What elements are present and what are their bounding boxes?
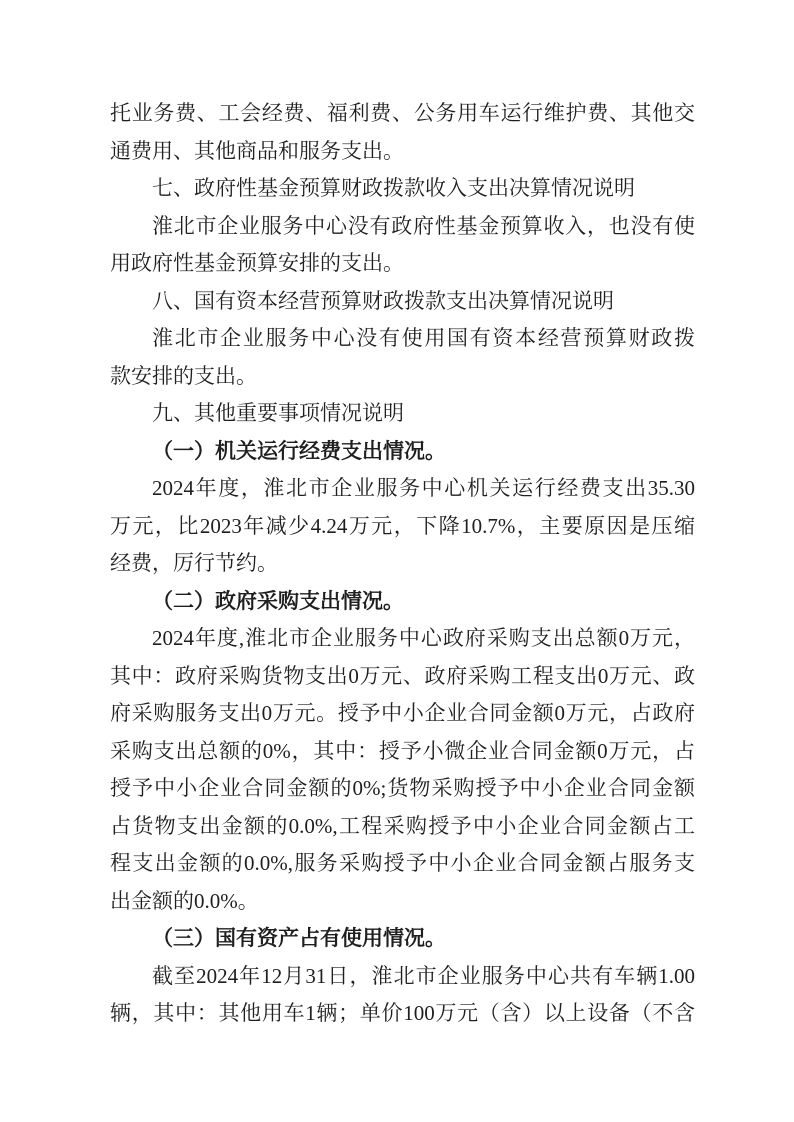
body-line: 淮北市企业服务中心没有使用国有资本经营预算财政拨 xyxy=(110,320,695,358)
body-line: 通费用、其他商品和服务支出。 xyxy=(110,133,695,171)
section-heading-7: 七、政府性基金预算财政拨款收入支出决算情况说明 xyxy=(110,170,695,208)
body-line: 经费，厉行节约。 xyxy=(110,545,695,583)
section-heading-9: 九、其他重要事项情况说明 xyxy=(110,395,695,433)
body-line: 其中：政府采购货物支出0万元、政府采购工程支出0万元、政 xyxy=(110,658,695,696)
subsection-heading-1: （一）机关运行经费支出情况。 xyxy=(110,433,695,471)
body-line: 截至2024年12月31日，淮北市企业服务中心共有车辆1.00 xyxy=(110,958,695,996)
body-line: 出金额的0.0%。 xyxy=(110,883,695,921)
body-line: 采购支出总额的0%，其中：授予小微企业合同金额0万元，占 xyxy=(110,733,695,771)
body-line: 辆，其中：其他用车1辆；单价100万元（含）以上设备（不含 xyxy=(110,995,695,1033)
body-line: 万元，比2023年减少4.24万元，下降10.7%，主要原因是压缩 xyxy=(110,508,695,546)
subsection-heading-2: （二）政府采购支出情况。 xyxy=(110,583,695,621)
document-page: 托业务费、工会经费、福利费、公务用车运行维护费、其他交 通费用、其他商品和服务支… xyxy=(0,0,794,1122)
subsection-heading-3: （三）国有资产占有使用情况。 xyxy=(110,920,695,958)
body-line: 府采购服务支出0万元。授予中小企业合同金额0万元，占政府 xyxy=(110,695,695,733)
body-line: 款安排的支出。 xyxy=(110,358,695,396)
body-line: 用政府性基金预算安排的支出。 xyxy=(110,245,695,283)
section-heading-8: 八、国有资本经营预算财政拨款支出决算情况说明 xyxy=(110,283,695,321)
body-line: 2024年度,淮北市企业服务中心政府采购支出总额0万元， xyxy=(110,620,695,658)
body-line: 托业务费、工会经费、福利费、公务用车运行维护费、其他交 xyxy=(110,95,695,133)
body-line: 授予中小企业合同金额的0%;货物采购授予中小企业合同金额 xyxy=(110,770,695,808)
body-line: 2024年度，淮北市企业服务中心机关运行经费支出35.30 xyxy=(110,470,695,508)
body-line: 淮北市企业服务中心没有政府性基金预算收入，也没有使 xyxy=(110,208,695,246)
body-line: 占货物支出金额的0.0%,工程采购授予中小企业合同金额占工 xyxy=(110,808,695,846)
body-line: 程支出金额的0.0%,服务采购授予中小企业合同金额占服务支 xyxy=(110,845,695,883)
